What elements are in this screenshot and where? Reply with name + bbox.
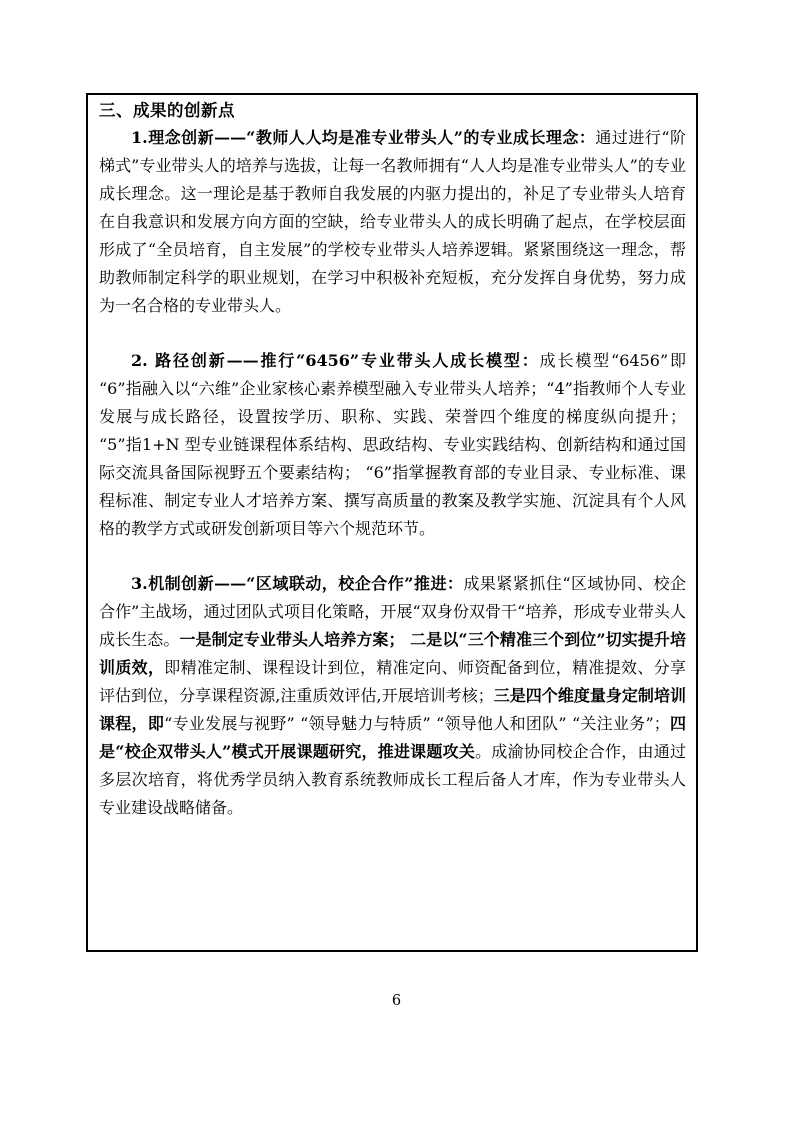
- mechanism-innovation-lead-bold: 3.机制创新——“区域联动，校企合作”推进：: [131, 574, 463, 593]
- concept-innovation-body-text: 通过进行“阶梯式”专业带头人的培养与选拔，让每一名教师拥有“人人均是准专业带头人…: [99, 128, 686, 315]
- path-innovation-lead-bold: 2. 路径创新——推行“6456”专业带头人成长模型：: [131, 351, 540, 370]
- paragraph-mechanism-innovation: 3.机制创新——“区域联动，校企合作”推进：成果紧紧抓住“区域协同、校企合作”主…: [99, 570, 686, 822]
- paragraph-path-innovation: 2. 路径创新——推行“6456”专业带头人成长模型：成长模型“6456”即 “…: [99, 347, 686, 543]
- path-innovation-body-text: 成长模型“6456”即 “6”指融入以“六维”企业家核心素养模型融入专业带头人培…: [99, 351, 686, 538]
- innovation-section-cell: 三、成果的创新点 1.理念创新——“教师人人均是准专业带头人”的专业成长理念：通…: [86, 93, 698, 952]
- concept-innovation-lead-bold: 1.理念创新——“教师人人均是准专业带头人”的专业成长理念：: [131, 128, 595, 147]
- section-heading: 三、成果的创新点: [99, 97, 686, 124]
- paragraph-concept-innovation: 1.理念创新——“教师人人均是准专业带头人”的专业成长理念：通过进行“阶梯式”专…: [99, 124, 686, 320]
- mechanism-point-three-detail-text: “专业发展与视野” “领导魅力与特质” “领导他人和团队” “关注业务”；: [164, 714, 670, 733]
- document-page: 三、成果的创新点 1.理念创新——“教师人人均是准专业带头人”的专业成长理念：通…: [0, 0, 793, 1122]
- page-number: 6: [0, 992, 793, 1010]
